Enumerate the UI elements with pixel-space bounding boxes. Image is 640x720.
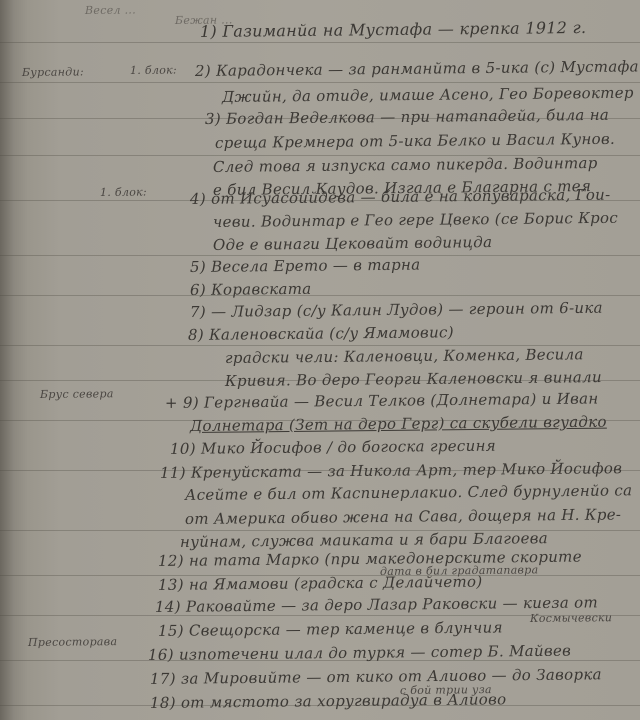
entry-line: 6) Коравската	[190, 280, 312, 299]
entry-line: 18) от мястото за хоругвирадуа в Алиово	[150, 690, 507, 712]
entry-line: След това я изпуска само пикерда. Водинт…	[213, 154, 598, 176]
rule-line	[0, 82, 640, 83]
entry-line: Асейте е бил от Каспинерлакио. След бурн…	[185, 481, 632, 504]
entry-line: 11) Кренуйската — за Никола Арт, тер Мик…	[160, 459, 622, 482]
margin-note: Пресосторава	[28, 635, 117, 649]
page-title: 1) Газиманйа на Мустафа — крепка 1912 г.	[200, 18, 587, 41]
entry-line: 8) Каленовскайа (с/у Ямамовис)	[188, 323, 454, 344]
entry-line: 5) Весела Ерето — в тарна	[190, 256, 421, 276]
entry-line: 10) Мико Йосифов / до богоска гресиня	[170, 437, 496, 458]
entry-line: от Америка обиво жена на Сава, дощеря на…	[185, 505, 621, 528]
entry-line: Оде е винаги Цековайт водинцда	[213, 233, 493, 254]
entry-line: + 9) Гергнвайа — Весил Телков (Долнетара…	[165, 389, 599, 412]
rule-line	[0, 295, 640, 296]
entry-line: 2) Карадончека — за ранманйта в 5-ика (с…	[195, 57, 639, 80]
entry-line: 3) Богдан Веделкова — при натападейа, би…	[205, 106, 609, 128]
entry-line: 13) на Ямамови (градска с Делайчето)	[158, 573, 483, 594]
block-label: 1. блок:	[130, 64, 177, 77]
entry-line: среща Кремнера от 5-ика Белко и Васил Ку…	[215, 130, 615, 152]
entry-line: 15) Свещорска — тер каменце в блунчия	[158, 618, 503, 640]
block-label: 1. блок:	[100, 186, 147, 199]
entry-annotation: Космычевски	[530, 611, 612, 625]
entry-line: Кривия. Во деро Георги Каленовски я вина…	[225, 368, 602, 390]
header-faint-line: Весел ...	[85, 3, 136, 17]
margin-note: Бурсанди:	[22, 65, 84, 79]
notebook-page: Весел ... Бежан ... 1) Газиманйа на Муст…	[0, 0, 640, 720]
margin-note: Брус севера	[40, 387, 114, 401]
rule-line	[0, 42, 640, 43]
entry-line: Джийн, да отиде, имаше Асено, Гео Борево…	[222, 84, 634, 106]
entry-line: чеви. Водинтар е Гео гере Цвеко (се Бори…	[213, 209, 618, 231]
entry-line: Долнетара (Зет на деро Герг) са скубели …	[190, 413, 607, 435]
entry-line: 7) — Лидзар (с/у Калин Лудов) — героин о…	[190, 299, 603, 321]
entry-line: 17) за Мировийте — от кико от Алиово — д…	[150, 665, 602, 688]
entry-line: градски чели: Каленовци, Коменка, Весила	[225, 345, 584, 367]
entry-line: 4) от Исуасоийдева — била е на копуварас…	[190, 186, 611, 208]
